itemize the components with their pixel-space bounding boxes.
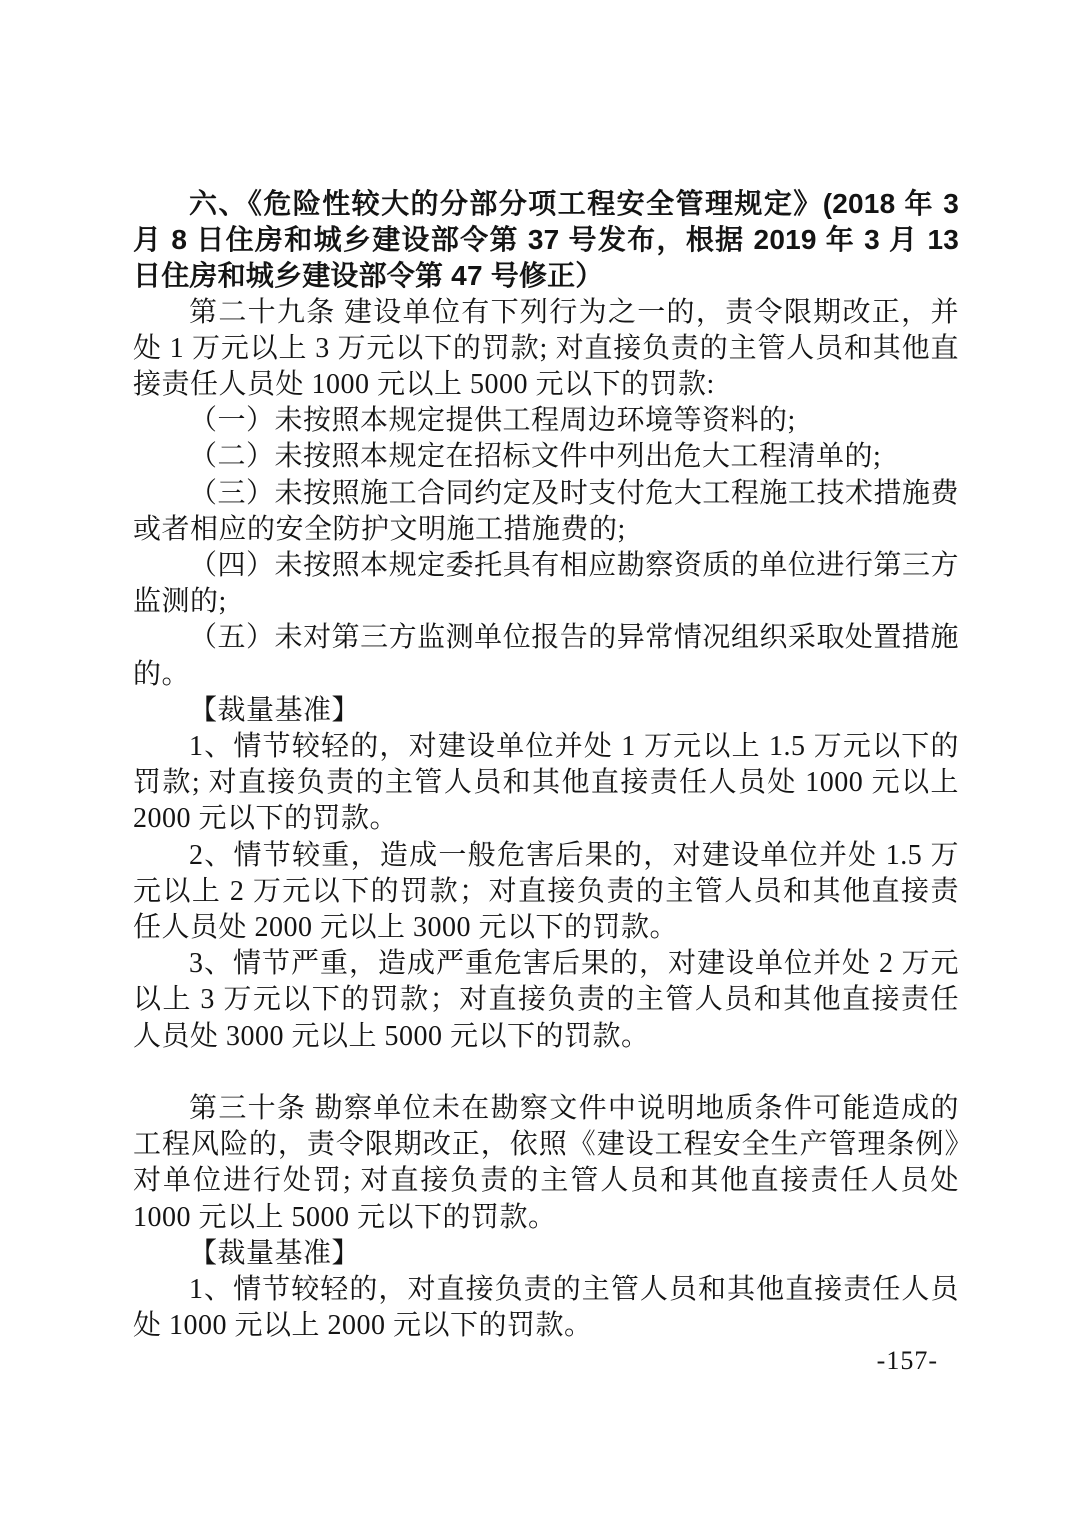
article-29-item-5: （五）未对第三方监测单位报告的异常情况组织采取处置措施的。 xyxy=(133,620,959,692)
document-body: 六、《危险性较大的分部分项工程安全管理规定》(2018 年 3 月 8 日住房和… xyxy=(133,186,959,1344)
discretion-level-3: 3、情节严重，造成严重危害后果的，对建设单位并处 2 万元以上 3 万元以下的罚… xyxy=(133,946,959,1055)
discretion-basis-header-2: 【裁量基准】 xyxy=(133,1236,959,1272)
discretion-level-2: 2、情节较重，造成一般危害后果的，对建设单位并处 1.5 万元以上 2 万元以下… xyxy=(133,838,959,947)
discretion-basis-header-1: 【裁量基准】 xyxy=(133,693,959,729)
article-29-item-1: （一）未按照本规定提供工程周边环境等资料的; xyxy=(133,403,959,439)
article-30-intro: 第三十条 勘察单位未在勘察文件中说明地质条件可能造成的工程风险的，责令限期改正，… xyxy=(133,1091,959,1236)
document-page: 六、《危险性较大的分部分项工程安全管理规定》(2018 年 3 月 8 日住房和… xyxy=(0,0,1075,1520)
discretion-level-1: 1、情节较轻的，对建设单位并处 1 万元以上 1.5 万元以下的罚款; 对直接负… xyxy=(133,729,959,838)
page-number: -157- xyxy=(877,1346,938,1376)
article-29-item-4: （四）未按照本规定委托具有相应勘察资质的单位进行第三方监测的; xyxy=(133,548,959,620)
article-29-item-2: （二）未按照本规定在招标文件中列出危大工程清单的; xyxy=(133,439,959,475)
article-30-discretion-level-1: 1、情节较轻的，对直接负责的主管人员和其他直接责任人员处 1000 元以上 20… xyxy=(133,1272,959,1344)
article-29-item-3: （三）未按照施工合同约定及时支付危大工程施工技术措施费或者相应的安全防护文明施工… xyxy=(133,476,959,548)
article-29-intro: 第二十九条 建设单位有下列行为之一的，责令限期改正，并处 1 万元以上 3 万元… xyxy=(133,295,959,404)
doc-heading: 六、《危险性较大的分部分项工程安全管理规定》(2018 年 3 月 8 日住房和… xyxy=(133,186,959,295)
